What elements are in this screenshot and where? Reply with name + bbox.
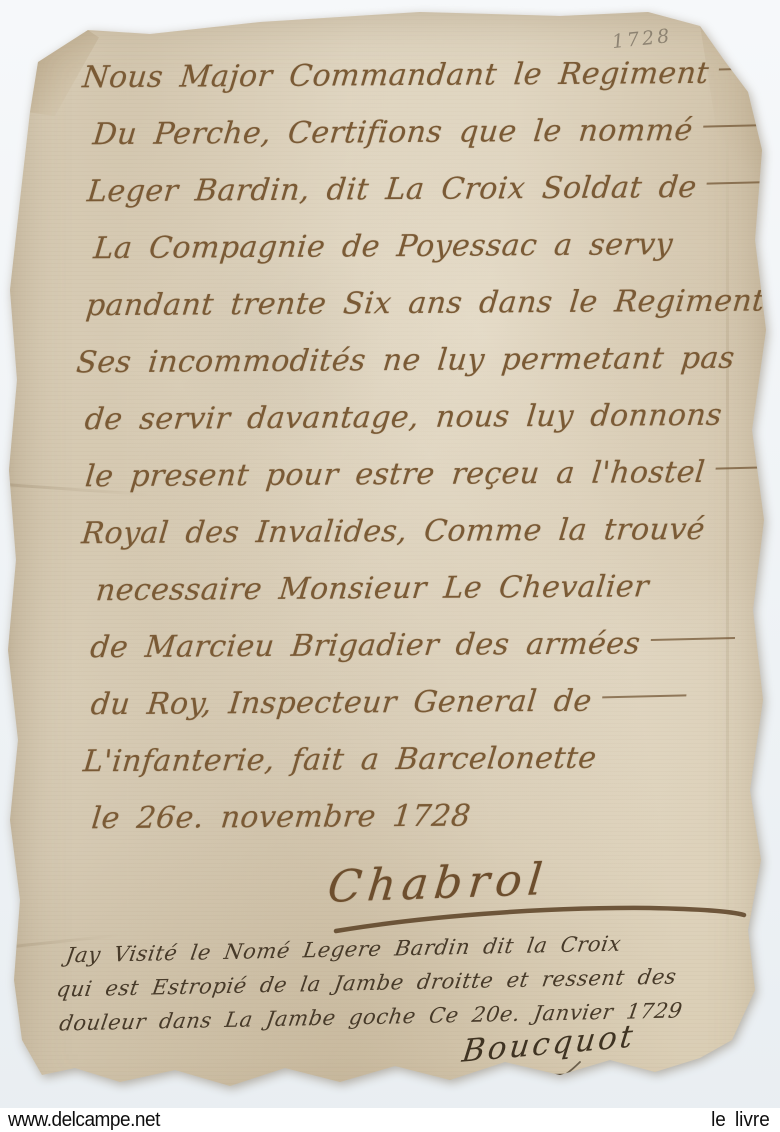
aged-paper-sheet: 1728 Nous Major Commandant le RegimentDu… xyxy=(0,0,780,1132)
handwritten-line: de servir davantage, nous luy donnons xyxy=(81,398,749,460)
handwritten-line: le 26e. novembre 1728 xyxy=(88,797,752,859)
paper-crease xyxy=(0,934,120,950)
watermark-bar: www.delcampe.net le livre xyxy=(0,1108,780,1132)
handwritten-line: Nous Major Commandant le Regiment xyxy=(79,56,747,118)
pencil-year-annotation: 1728 xyxy=(611,25,673,53)
paper-sheet-wrapper: 1728 Nous Major Commandant le RegimentDu… xyxy=(0,0,780,1132)
watermark-publisher-label: le livre xyxy=(711,1109,770,1132)
boucquot-signature: Boucquot xyxy=(460,1018,638,1070)
watermark-site-url: www.delcampe.net xyxy=(8,1109,160,1132)
handwritten-line: Ses incommodités ne luy permetant pas xyxy=(73,341,749,403)
handwritten-line: de Marcieu Brigadier des armées xyxy=(87,626,751,688)
handwritten-line: du Roy, Inspecteur General de xyxy=(87,683,751,745)
handwritten-line: Royal des Invalides, Comme la trouvé xyxy=(78,512,750,574)
postscript-line: Jay Visité le Nomé Legere Bardin dit la … xyxy=(63,929,768,978)
postscript-line: douleur dans La Jambe goche Ce 20e. Janv… xyxy=(56,997,769,1046)
postscript-line: qui est Estropié de la Jambe droitte et … xyxy=(53,963,768,1012)
handwritten-line: L'infanterie, fait a Barcelonette xyxy=(79,740,751,802)
signature-flourish xyxy=(280,1060,760,1110)
paper-crease xyxy=(0,483,150,496)
corner-fold-top-right xyxy=(600,0,780,190)
chabrol-signature: Chabrol xyxy=(325,854,550,913)
handwritten-line: pandant trente Six ans dans le Regiment xyxy=(82,284,748,346)
handwritten-line: Du Perche, Certifions que le nommé xyxy=(89,113,747,175)
scanned-document-photo: 1728 Nous Major Commandant le RegimentDu… xyxy=(0,0,780,1132)
dog-ear-fold-top-left xyxy=(26,24,122,120)
pen-stroke-underline xyxy=(330,895,750,939)
letter-body: Nous Major Commandant le RegimentDu Perc… xyxy=(67,56,749,859)
handwritten-line: le present pour estre reçeu a l'hostel xyxy=(81,455,749,517)
handwritten-line: Leger Bardin, dit La Croix Soldat de xyxy=(83,170,747,232)
medical-visit-postscript: Jay Visité le Nomé Legere Bardin dit la … xyxy=(65,929,767,1046)
handwritten-line: La Compagnie de Poyessac a servy xyxy=(90,227,748,289)
paper-crease xyxy=(726,120,729,980)
handwritten-line: necessaire Monsieur Le Chevalier xyxy=(92,569,750,631)
